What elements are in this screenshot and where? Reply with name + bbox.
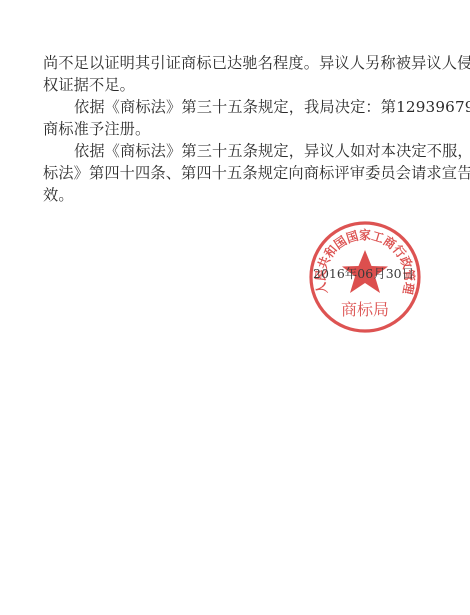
- decision-date: 2016年06月30日: [313, 264, 414, 282]
- text-line: 商标准予注册。: [43, 118, 429, 140]
- text-line: 依据《商标法》第三十五条规定，我局决定：第12939679号“住友富士”: [43, 96, 429, 118]
- paragraph-3: 依据《商标法》第三十五条规定，异议人如对本决定不服，可以依照《商 标法》第四十四…: [43, 140, 429, 206]
- text-line: 尚不足以证明其引证商标已达驰名程度。异议人另称被异议人侵犯其企业名称: [43, 52, 429, 74]
- paragraph-2: 依据《商标法》第三十五条规定，我局决定：第12939679号“住友富士” 商标准…: [43, 96, 429, 140]
- seal-bottom-text: 商标局: [341, 300, 389, 319]
- text-line: 标法》第四十四条、第四十五条规定向商标评审委员会请求宣告该注册商标无: [43, 162, 429, 184]
- paragraph-1: 尚不足以证明其引证商标已达驰名程度。异议人另称被异议人侵犯其企业名称 权证据不足…: [43, 52, 429, 96]
- text-line: 依据《商标法》第三十五条规定，异议人如对本决定不服，可以依照《商: [43, 140, 429, 162]
- document-body: 尚不足以证明其引证商标已达驰名程度。异议人另称被异议人侵犯其企业名称 权证据不足…: [43, 52, 429, 206]
- text-line: 效。: [43, 184, 429, 206]
- text-line: 权证据不足。: [43, 74, 429, 96]
